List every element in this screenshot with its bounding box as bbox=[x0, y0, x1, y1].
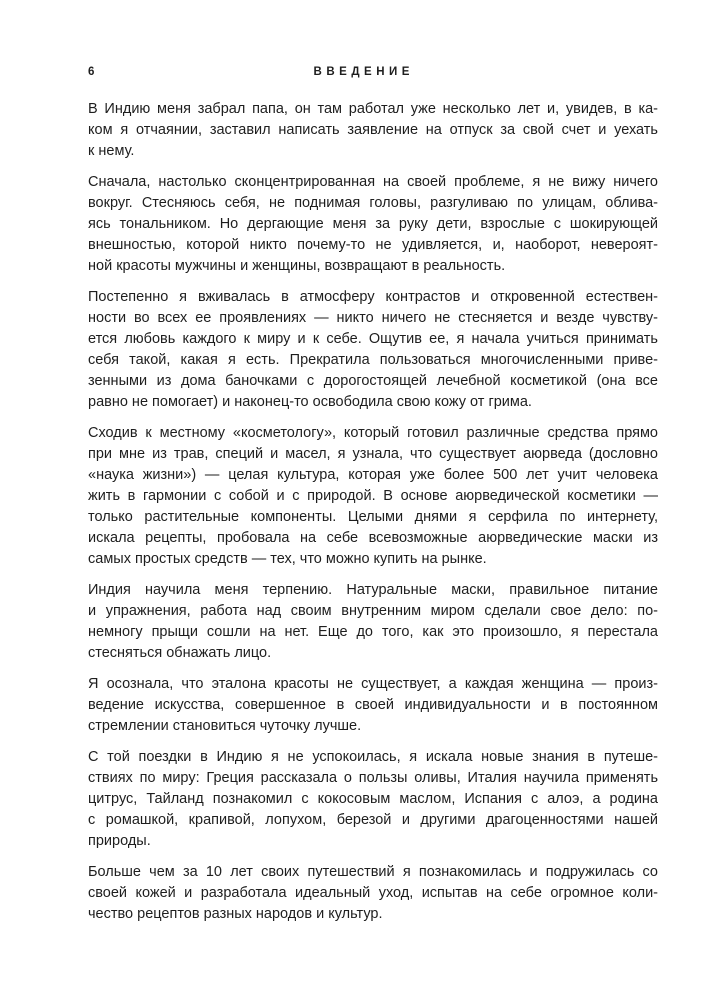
paragraph: Постепенно я вживалась в атмосферу контр… bbox=[88, 287, 658, 413]
text-line: ведение искусства, совершенное в своей и… bbox=[88, 695, 658, 716]
text-line: и упражнения, работа над своим внутренни… bbox=[88, 601, 658, 622]
text-line: Сначала, настолько сконцентрированная на… bbox=[88, 172, 658, 193]
text-line: ком я отчаянии, заставил написать заявле… bbox=[88, 120, 658, 141]
text-line: Сходив к местному «косметологу», который… bbox=[88, 423, 658, 444]
book-page: 6 ВВЕДЕНИЕ В Индию меня забрал папа, он … bbox=[0, 0, 723, 1000]
running-head: 6 ВВЕДЕНИЕ bbox=[0, 66, 723, 82]
text-line: природы. bbox=[88, 831, 658, 852]
text-line: Постепенно я вживалась в атмосферу контр… bbox=[88, 287, 658, 308]
text-line: «наука жизни») — целая культура, которая… bbox=[88, 465, 658, 486]
paragraph: Индия научила меня терпению. Натуральные… bbox=[88, 580, 658, 664]
text-line: ется любовь каждого к миру и к себе. Ощу… bbox=[88, 329, 658, 350]
paragraph: Сначала, настолько сконцентрированная на… bbox=[88, 172, 658, 277]
paragraph: В Индию меня забрал папа, он там работал… bbox=[88, 99, 658, 162]
text-line: искала рецепты, пробовала на себе всевоз… bbox=[88, 528, 658, 549]
text-line: при мне из трав, специй и масел, я узнал… bbox=[88, 444, 658, 465]
text-line: цитрус, Тайланд познакомил с кокосовым м… bbox=[88, 789, 658, 810]
text-line: себя такой, какая я есть. Прекратила пол… bbox=[88, 350, 658, 371]
text-line: стремлении становиться чуточку лучше. bbox=[88, 716, 658, 737]
text-line: равно не помогает) и наконец-то освободи… bbox=[88, 392, 658, 413]
paragraph: Больше чем за 10 лет своих путешествий я… bbox=[88, 862, 658, 925]
text-line: чество рецептов разных народов и культур… bbox=[88, 904, 658, 925]
text-line: С той поездки в Индию я не успокоилась, … bbox=[88, 747, 658, 768]
text-line: к нему. bbox=[88, 141, 658, 162]
text-line: вокруг. Стесняюсь себя, не поднимая голо… bbox=[88, 193, 658, 214]
text-line: зенными из дома баночками с дорогостояще… bbox=[88, 371, 658, 392]
text-line: Больше чем за 10 лет своих путешествий я… bbox=[88, 862, 658, 883]
paragraph: Я осознала, что эталона красоты не сущес… bbox=[88, 674, 658, 737]
text-line: ности во всех ее проявлениях — никто нич… bbox=[88, 308, 658, 329]
text-line: стесняться обнажать лицо. bbox=[88, 643, 658, 664]
text-line: немногу прыщи сошли на нет. Еще до того,… bbox=[88, 622, 658, 643]
text-line: ясь тональником. Но дергающие меня за ру… bbox=[88, 214, 658, 235]
text-line: ствиях по миру: Греция рассказала о поль… bbox=[88, 768, 658, 789]
text-line: с ромашкой, крапивой, лопухом, березой и… bbox=[88, 810, 658, 831]
text-line: своей кожей и разработала идеальный уход… bbox=[88, 883, 658, 904]
text-line: только растительные компоненты. Целыми д… bbox=[88, 507, 658, 528]
paragraph: Сходив к местному «косметологу», который… bbox=[88, 423, 658, 570]
text-line: Индия научила меня терпению. Натуральные… bbox=[88, 580, 658, 601]
body-text: В Индию меня забрал папа, он там работал… bbox=[88, 99, 658, 925]
text-line: ной красоты мужчины и женщины, возвращаю… bbox=[88, 256, 658, 277]
text-line: В Индию меня забрал папа, он там работал… bbox=[88, 99, 658, 120]
text-line: Я осознала, что эталона красоты не сущес… bbox=[88, 674, 658, 695]
chapter-title: ВВЕДЕНИЕ bbox=[0, 66, 723, 79]
text-line: внешностью, которой никто почему-то не у… bbox=[88, 235, 658, 256]
paragraph: С той поездки в Индию я не успокоилась, … bbox=[88, 747, 658, 852]
text-line: жить в гармонии с собой и с природой. В … bbox=[88, 486, 658, 507]
text-line: самых простых средств — тех, что можно к… bbox=[88, 549, 658, 570]
